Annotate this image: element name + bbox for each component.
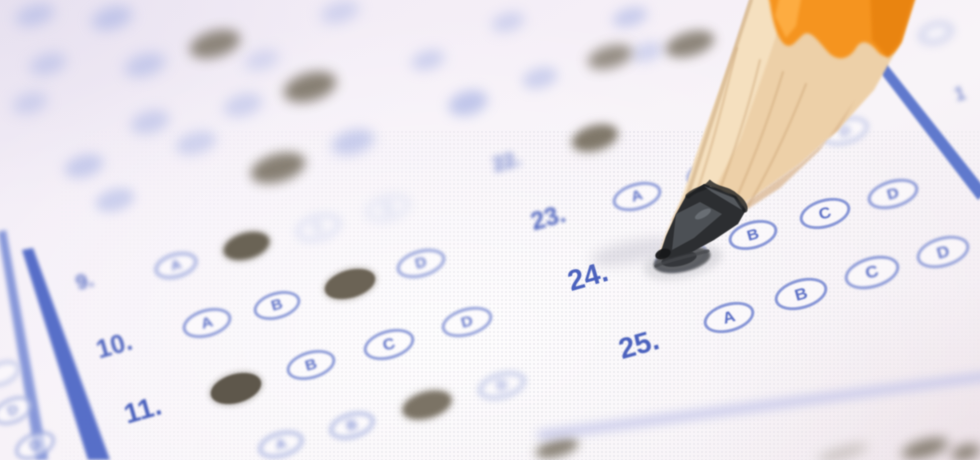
answer-bubble: A bbox=[700, 296, 758, 338]
question-label: 24. bbox=[565, 258, 612, 297]
answer-bubble-filled bbox=[207, 367, 265, 409]
answer-bubble-filled bbox=[399, 386, 454, 425]
blurred-bubble-blob bbox=[93, 184, 138, 216]
answer-bubble: A bbox=[151, 247, 200, 283]
bubble-letter: C bbox=[381, 333, 398, 354]
bubble-letter: C bbox=[776, 142, 791, 160]
bubble-letter: A bbox=[274, 435, 288, 452]
bubble-letter: D bbox=[413, 253, 428, 272]
answer-bubble: D bbox=[393, 243, 449, 283]
answer-bubble bbox=[0, 355, 24, 391]
blurred-bubble-blob bbox=[122, 49, 168, 82]
bubble-letter: C bbox=[311, 218, 325, 235]
answer-bubble: C bbox=[360, 323, 418, 365]
question-label: 11. bbox=[121, 391, 165, 428]
answer-bubble: A bbox=[179, 303, 235, 344]
blurred-bubble-blob bbox=[318, 0, 362, 27]
blurred-bubble-blob bbox=[242, 46, 282, 73]
smudge-blob bbox=[816, 440, 869, 460]
bubble-letter: B bbox=[345, 416, 359, 433]
answer-bubble: C bbox=[841, 249, 903, 294]
question-label: 25. bbox=[616, 326, 663, 365]
bubble-letter: A bbox=[199, 313, 215, 333]
bubble-letter: C bbox=[863, 261, 881, 283]
blurred-bubble-blob bbox=[409, 47, 447, 74]
answer-bubble: D bbox=[475, 366, 528, 403]
blurred-bubble-blob bbox=[329, 124, 378, 159]
answer-bubble: B bbox=[683, 154, 736, 192]
answer-bubble: B bbox=[771, 272, 831, 316]
answer-bubble bbox=[917, 19, 955, 48]
answer-bubble: D bbox=[913, 230, 973, 274]
answer-bubble: C bbox=[293, 209, 343, 245]
answer-bubble: D bbox=[864, 173, 922, 214]
answer-bubble: D bbox=[818, 112, 871, 150]
answer-bubble: D bbox=[438, 301, 496, 342]
bubble-letter: A bbox=[629, 186, 644, 205]
question-label: 10. bbox=[93, 328, 135, 363]
blurred-bubble-blob bbox=[173, 127, 219, 160]
blurred-bubble-blob bbox=[628, 39, 666, 66]
answer-bubble: A bbox=[255, 426, 306, 460]
answer-bubble: D bbox=[11, 425, 60, 460]
blurred-bubble-blob bbox=[610, 3, 650, 30]
blurred-bubble-blob bbox=[27, 49, 69, 79]
blurred-bubble-blob bbox=[445, 86, 490, 120]
blurred-bubble-blob bbox=[62, 150, 107, 182]
pencil-mark-blob bbox=[663, 26, 718, 63]
bubble-letter: B bbox=[703, 164, 718, 182]
bubble-letter: D bbox=[885, 184, 901, 204]
pencil-mark-blob bbox=[900, 433, 951, 460]
bubble-letter: D bbox=[27, 436, 43, 454]
blurred-bubble-blob bbox=[13, 0, 57, 30]
answer-bubble: B bbox=[250, 285, 304, 324]
answer-bubble-filled bbox=[570, 120, 621, 156]
answer-bubble: B bbox=[283, 345, 339, 386]
question-label: 22. bbox=[491, 149, 523, 176]
answer-bubble bbox=[651, 236, 711, 278]
answer-sheet: 9.ACD10.ABD11.BCDABD22.23.ABCD24.BCD25.A… bbox=[0, 0, 980, 460]
bubble-letter: D bbox=[934, 241, 951, 263]
blurred-bubble-blob bbox=[520, 63, 560, 92]
pencil-mark-blob bbox=[585, 40, 635, 74]
bubble-letter: D bbox=[838, 122, 853, 140]
answer-bubble-filled bbox=[321, 263, 379, 304]
pencil-mark-blob bbox=[186, 24, 243, 63]
answer-bubble: B bbox=[725, 215, 781, 256]
blurred-bubble-blob bbox=[89, 2, 135, 35]
blurred-bubble-blob bbox=[221, 89, 266, 121]
answer-bubble: A bbox=[609, 176, 665, 216]
bubble-letter: D bbox=[459, 312, 475, 332]
bubble-letter: A bbox=[721, 306, 738, 327]
blurred-bubble-blob bbox=[489, 9, 527, 36]
pencil-mark-blob bbox=[247, 147, 309, 189]
bottom-rule-line bbox=[537, 372, 980, 440]
bubble-letter: B bbox=[269, 295, 284, 314]
answer-bubble-filled bbox=[220, 227, 272, 265]
answer-bubble: C bbox=[796, 192, 854, 234]
next-column-number: 1 bbox=[952, 83, 968, 107]
blurred-bubble-blob bbox=[128, 106, 173, 138]
pencil-mark-blob bbox=[280, 66, 340, 108]
bubble-letter: C bbox=[817, 202, 834, 223]
answer-bubble: D bbox=[364, 190, 413, 225]
bubble-letter: B bbox=[792, 283, 809, 305]
answer-bubble: C bbox=[756, 132, 809, 170]
blurred-bubble-blob bbox=[10, 88, 50, 117]
pencil-mark-blob bbox=[950, 441, 980, 460]
bubble-letter: D bbox=[381, 200, 395, 217]
bubble-letter: B bbox=[303, 355, 319, 375]
bubble-letter: D bbox=[5, 401, 21, 419]
bubble-letter: B bbox=[745, 225, 761, 245]
bubble-letter: A bbox=[169, 256, 183, 273]
answer-bubble: B bbox=[326, 407, 377, 444]
answer-bubble: D bbox=[0, 390, 37, 430]
scantron-photo: 9.ACD10.ABD11.BCDABD22.23.ABCD24.BCD25.A… bbox=[0, 0, 980, 460]
question-label: 9. bbox=[73, 268, 96, 293]
question-label: 23. bbox=[528, 201, 568, 235]
bubble-letter: D bbox=[495, 376, 509, 393]
